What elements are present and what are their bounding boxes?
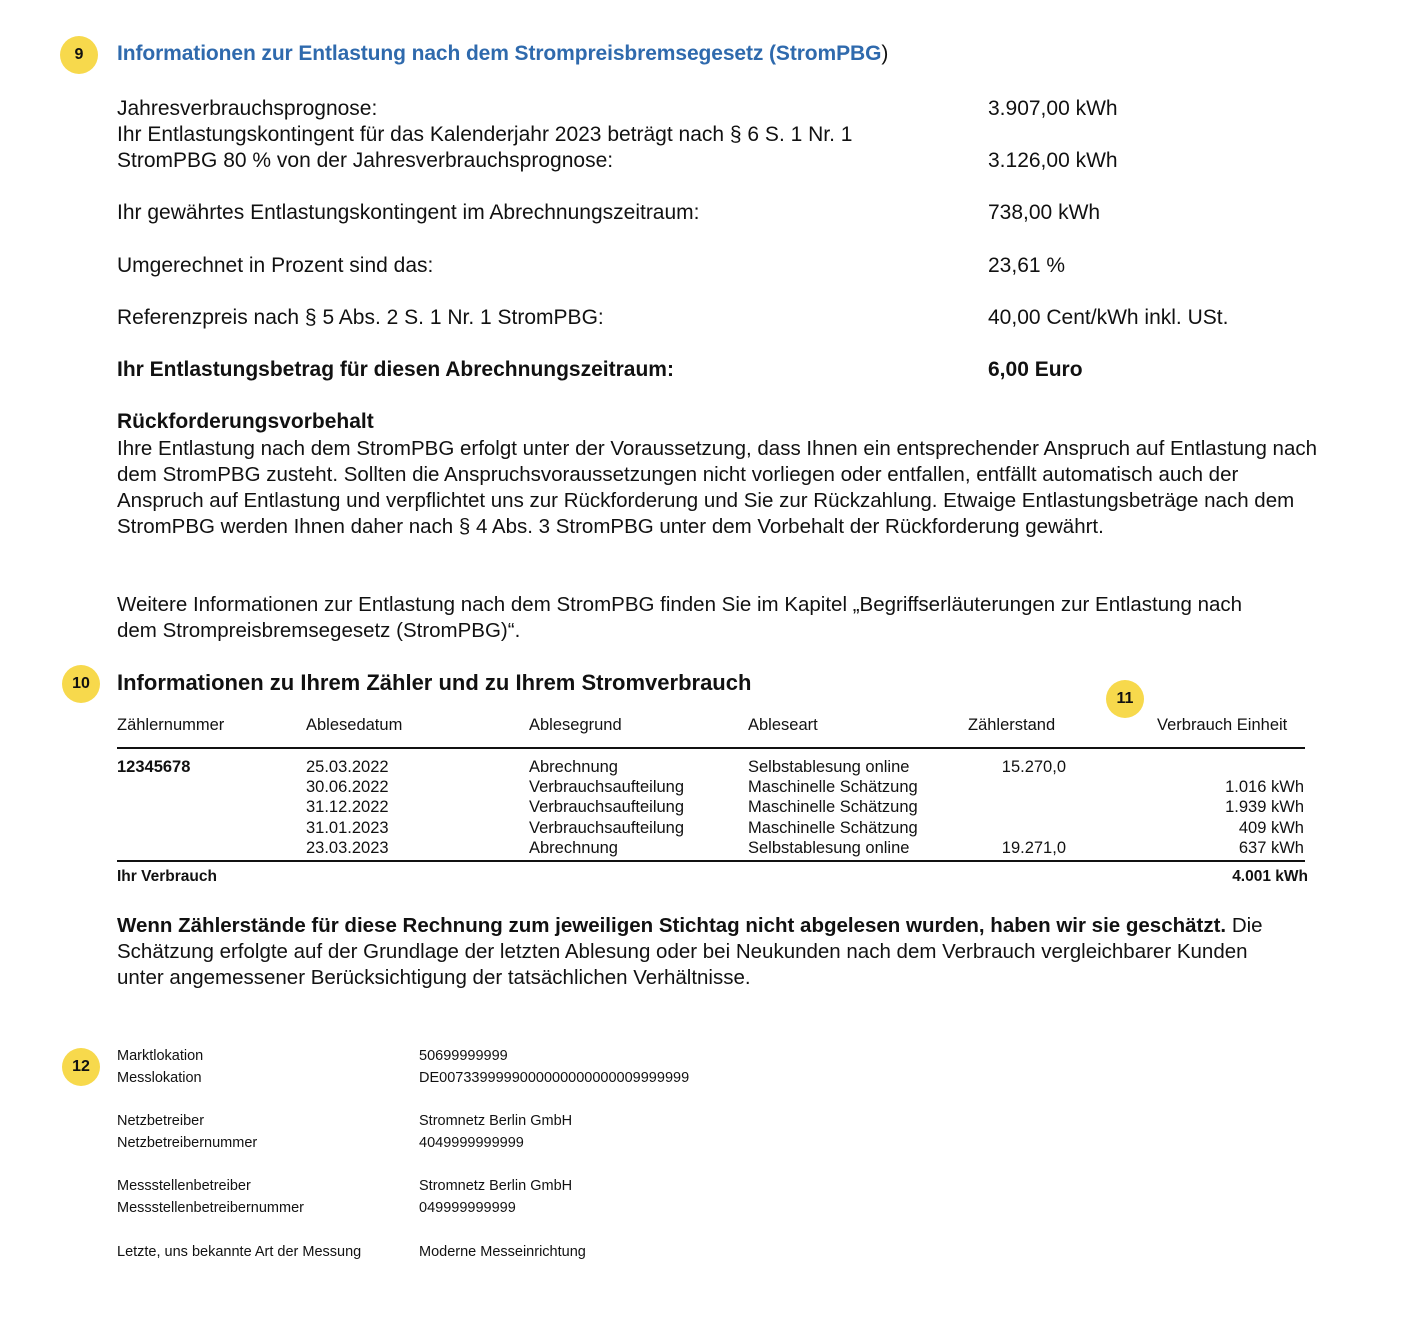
section-number-badge-12: 12 [62, 1048, 100, 1086]
contingent-label-line1: Ihr Entlastungskontingent für das Kalend… [117, 122, 852, 148]
column-header-consumption-unit: Verbrauch Einheit [1157, 716, 1287, 735]
column-header-reading-reason: Ablesegrund [529, 716, 622, 735]
reading-type: Maschinelle Schätzung [748, 818, 918, 838]
consumption: 1.016 kWh [1104, 777, 1304, 797]
reading-reason: Abrechnung [529, 757, 618, 777]
reading-type: Selbstablesung online [748, 757, 909, 777]
reading-type: Maschinelle Schätzung [748, 777, 918, 797]
reading-type: Maschinelle Schätzung [748, 797, 918, 817]
reading-date: 31.01.2023 [306, 818, 389, 838]
total-consumption-value: 4.001 kWh [1108, 867, 1308, 887]
section-number-badge-10: 10 [62, 665, 100, 703]
percent-label: Umgerechnet in Prozent sind das: [117, 253, 433, 279]
reading-date: 31.12.2022 [306, 797, 389, 817]
column-header-meter-number: Zählernummer [117, 716, 224, 735]
grid-operator-value: Stromnetz Berlin GmbH [419, 1110, 572, 1132]
section-9-title-text: Informationen zur Entlastung nach dem St… [117, 42, 881, 65]
metering-operator-number-value: 049999999999 [419, 1197, 516, 1219]
table-header-divider [117, 747, 1305, 749]
granted-contingent-value: 738,00 kWh [988, 200, 1100, 226]
estimate-note: Wenn Zählerstände für diese Rechnung zum… [117, 913, 1267, 991]
reading-date: 23.03.2023 [306, 838, 389, 858]
reservation-heading: Rückforderungsvorbehalt [117, 409, 374, 435]
metering-location-value: DE0073399999000000000000009999999 [419, 1067, 689, 1089]
contingent-label-line2: StromPBG 80 % von der Jahresverbrauchspr… [117, 148, 613, 174]
table-total-divider [117, 860, 1305, 862]
reference-price-label: Referenzpreis nach § 5 Abs. 2 S. 1 Nr. 1… [117, 305, 604, 331]
meter-number: 12345678 [117, 757, 190, 777]
reservation-text: Ihre Entlastung nach dem StromPBG erfolg… [117, 436, 1327, 540]
metering-location-label: Messlokation [117, 1067, 202, 1089]
section-9-title-close: ) [881, 42, 888, 65]
reading-date: 30.06.2022 [306, 777, 389, 797]
measurement-type-value: Moderne Messeinrichtung [419, 1241, 586, 1263]
metering-operator-label: Messstellenbetreiber [117, 1175, 251, 1197]
reading-reason: Verbrauchsaufteilung [529, 818, 684, 838]
consumption: 637 kWh [1104, 838, 1304, 858]
section-9-title: Informationen zur Entlastung nach dem St… [117, 42, 888, 66]
reading-date: 25.03.2022 [306, 757, 389, 777]
reading-reason: Verbrauchsaufteilung [529, 777, 684, 797]
column-header-reading-type: Ableseart [748, 716, 818, 735]
grid-operator-number-label: Netzbetreibernummer [117, 1132, 257, 1154]
consumption: 409 kWh [1104, 818, 1304, 838]
column-header-reading-date: Ablesedatum [306, 716, 402, 735]
grid-operator-number-value: 4049999999999 [419, 1132, 524, 1154]
granted-contingent-label: Ihr gewährtes Entlastungskontingent im A… [117, 200, 700, 226]
column-header-meter-reading: Zählerstand [968, 716, 1055, 735]
reference-price-value: 40,00 Cent/kWh inkl. USt. [988, 305, 1228, 331]
forecast-value: 3.907,00 kWh [988, 96, 1118, 122]
meter-reading: 15.270,0 [916, 757, 1066, 777]
forecast-label: Jahresverbrauchsprognose: [117, 96, 377, 122]
reading-type: Selbstablesung online [748, 838, 909, 858]
relief-amount-label: Ihr Entlastungsbetrag für diesen Abrechn… [117, 357, 674, 383]
grid-operator-label: Netzbetreiber [117, 1110, 204, 1132]
contingent-value: 3.126,00 kWh [988, 148, 1118, 174]
total-consumption-label: Ihr Verbrauch [117, 867, 217, 887]
section-10-title: Informationen zu Ihrem Zähler und zu Ihr… [117, 670, 751, 696]
metering-operator-value: Stromnetz Berlin GmbH [419, 1175, 572, 1197]
percent-value: 23,61 % [988, 253, 1065, 279]
meter-reading: 19.271,0 [916, 838, 1066, 858]
market-location-value: 50699999999 [419, 1045, 508, 1067]
measurement-type-label: Letzte, uns bekannte Art der Messung [117, 1241, 361, 1263]
section-number-badge-9: 9 [60, 36, 98, 74]
consumption: 1.939 kWh [1104, 797, 1304, 817]
estimate-note-bold: Wenn Zählerstände für diese Rechnung zum… [117, 914, 1226, 937]
further-info-text: Weitere Informationen zur Entlastung nac… [117, 592, 1267, 644]
metering-operator-number-label: Messstellenbetreibernummer [117, 1197, 304, 1219]
market-location-label: Marktlokation [117, 1045, 203, 1067]
reading-reason: Verbrauchsaufteilung [529, 797, 684, 817]
relief-amount-value: 6,00 Euro [988, 357, 1083, 383]
section-number-badge-11: 11 [1106, 680, 1144, 718]
reading-reason: Abrechnung [529, 838, 618, 858]
